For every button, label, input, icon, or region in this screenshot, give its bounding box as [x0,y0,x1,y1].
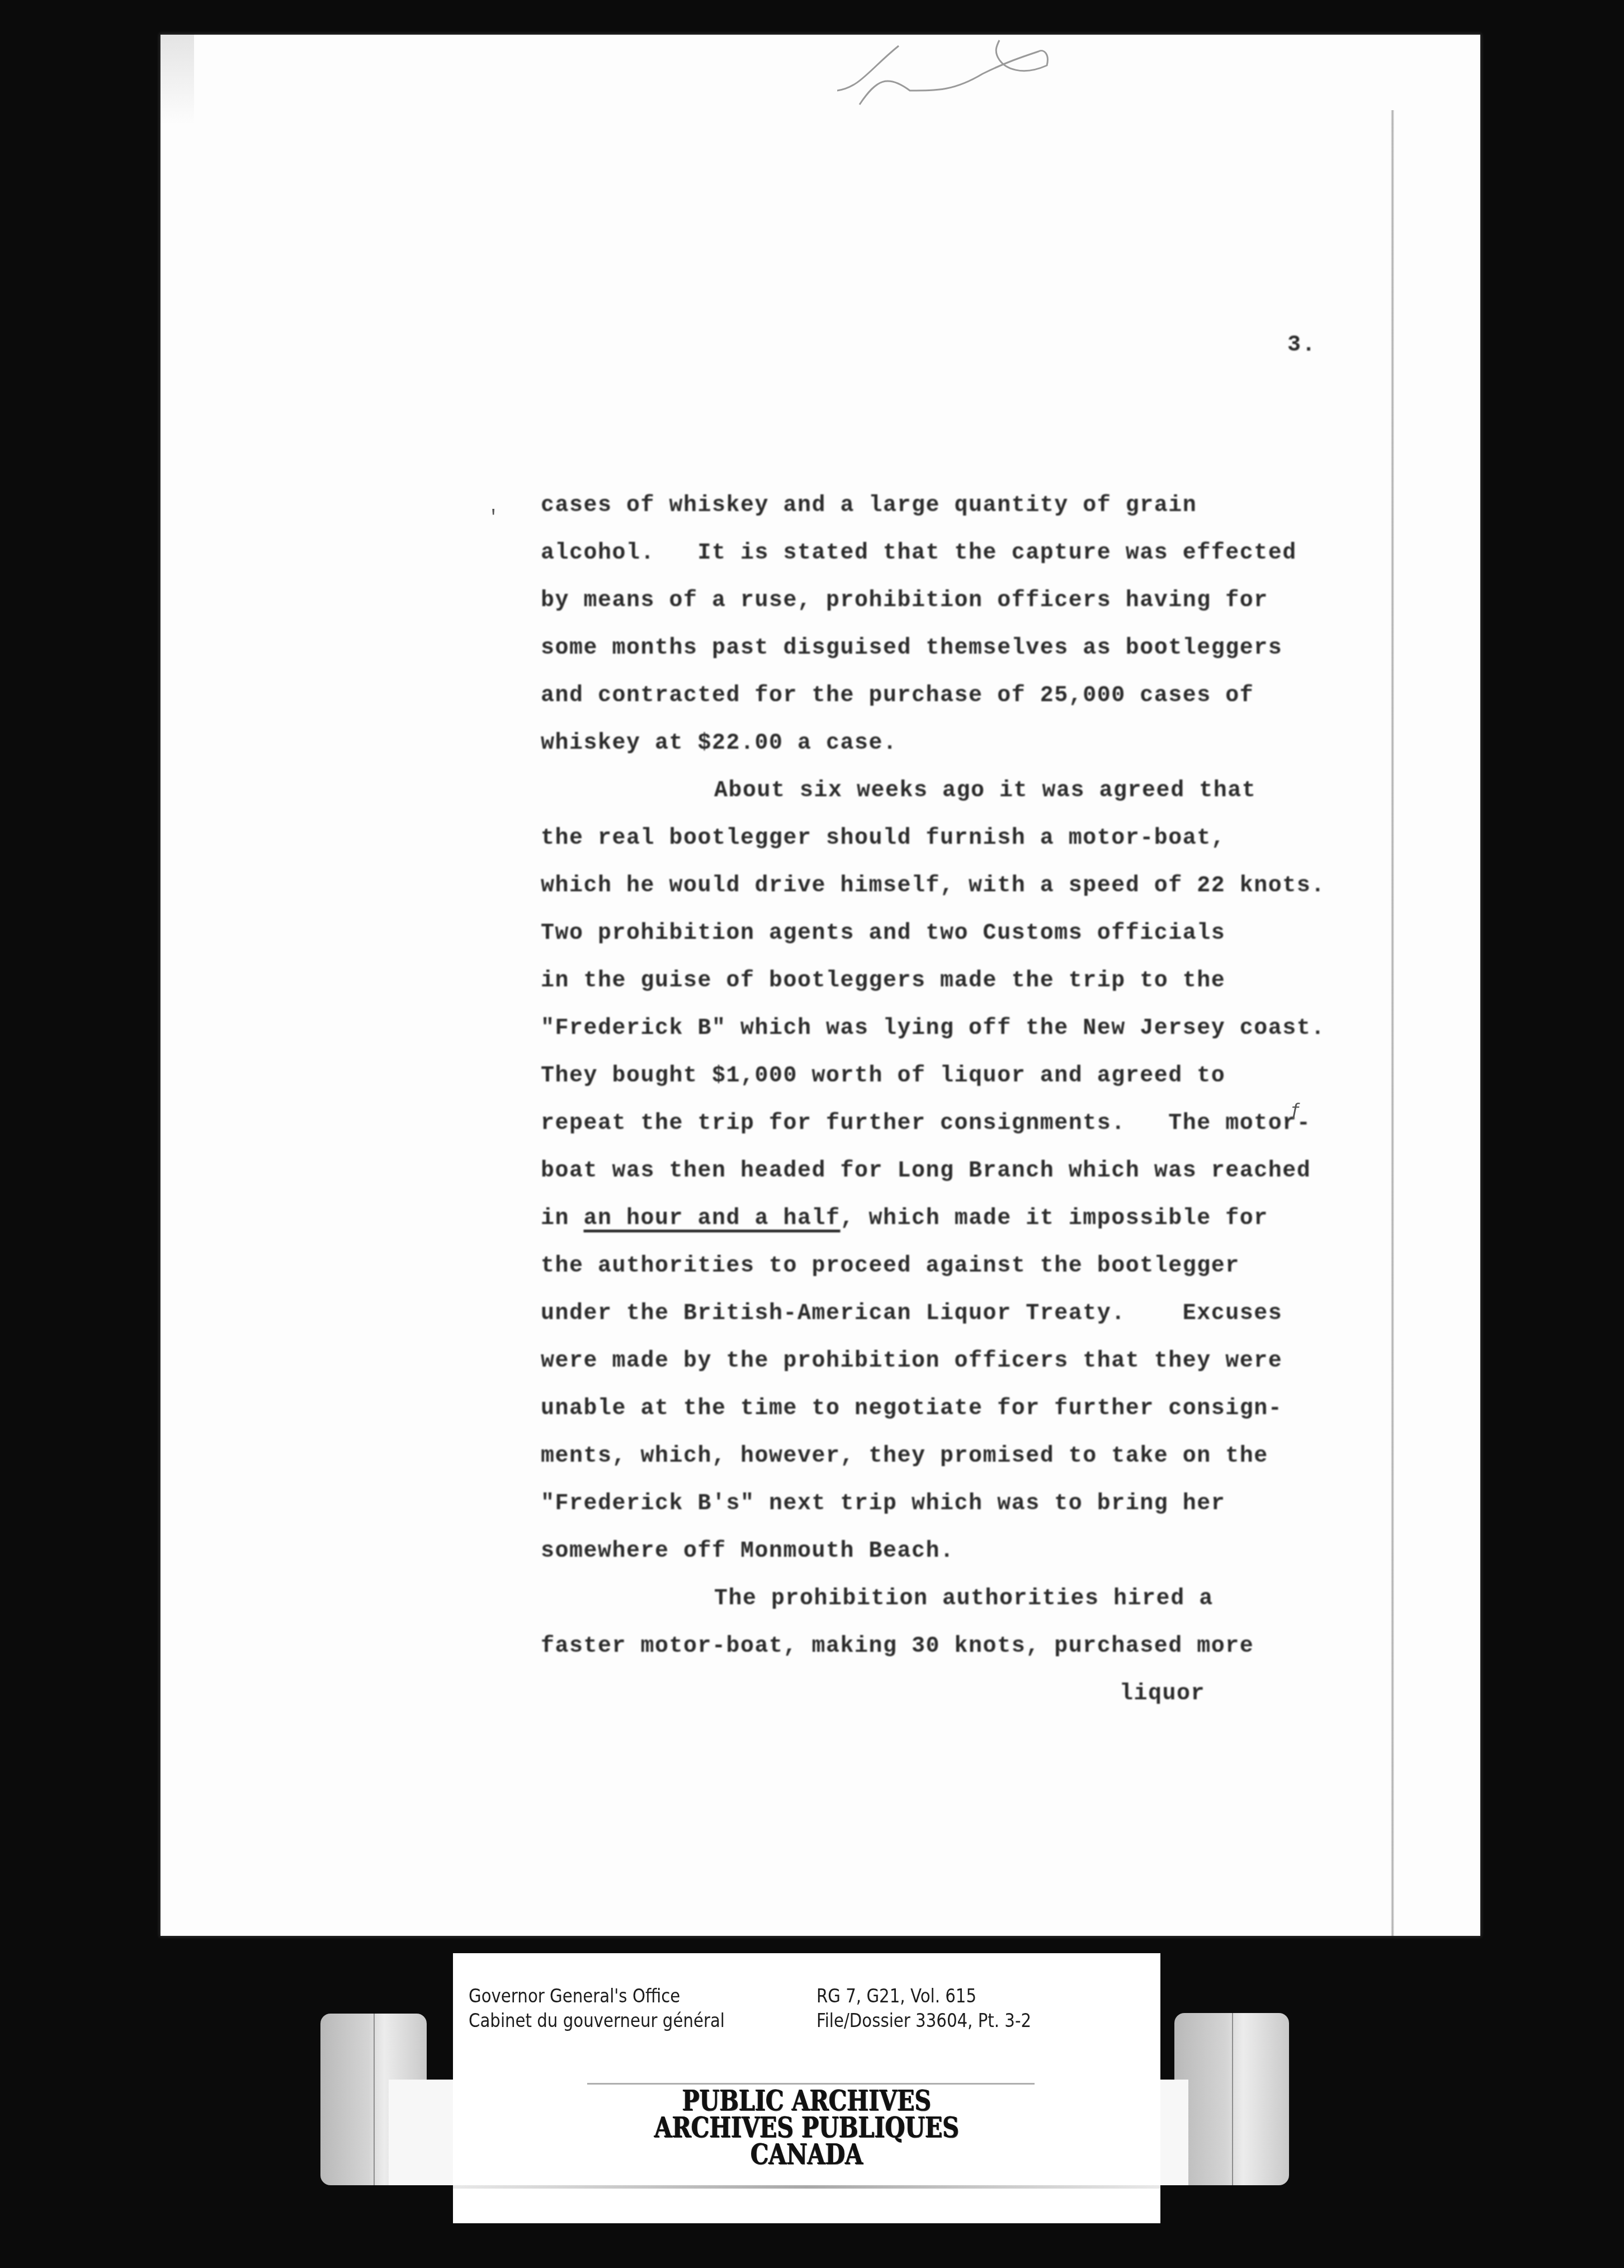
catchword: liquor [541,1670,1491,1718]
text-line: were made by the prohibition officers th… [541,1338,1491,1385]
label-reference: RG 7, G21, Vol. 615 File/Dossier 33604, … [816,1984,1031,2033]
text-line: "Frederick B" which was lying off the Ne… [541,1005,1491,1052]
page-number: 3. [1287,333,1316,358]
text-line: unable at the time to negotiate for furt… [541,1385,1491,1433]
stamp-line-fr: ARCHIVES PUBLIQUES [517,2114,1097,2141]
label-file-dossier: File/Dossier 33604, Pt. 3-2 [816,2009,1031,2033]
text-fragment: which made it impossible for [869,1206,1268,1231]
public-archives-stamp: PUBLIC ARCHIVES ARCHIVES PUBLIQUES CANAD… [517,2087,1097,2168]
text-line: About six weeks ago it was agreed that [541,767,1491,815]
underlined-phrase: an hour and a half [584,1206,841,1231]
text-line: boat was then headed for Long Branch whi… [541,1147,1491,1195]
stamp-line-country: CANADA [517,2141,1097,2168]
label-office: Governor General's Office Cabinet du gou… [469,1984,725,2033]
text-line: Two prohibition agents and two Customs o… [541,910,1491,957]
text-line-with-underline: in an hour and a half, which made it imp… [541,1195,1491,1242]
text-line: The prohibition authorities hired a [541,1575,1491,1623]
stamp-line-en: PUBLIC ARCHIVES [517,2087,1097,2114]
archives-label-card: Governor General's Office Cabinet du gou… [453,1953,1160,2223]
text-line: repeat the trip for further consignments… [541,1100,1491,1147]
text-line: whiskey at $22.00 a case. [541,720,1491,767]
label-record-group: RG 7, G21, Vol. 615 [816,1984,1031,2009]
text-fragment: in [541,1206,584,1231]
text-line: in the guise of bootleggers made the tri… [541,957,1491,1005]
text-line: somewhere off Monmouth Beach. [541,1528,1491,1575]
document-page: 3. cases of whiskey and a large quantity… [160,35,1480,1936]
text-line: under the British-American Liquor Treaty… [541,1290,1491,1338]
margin-tick-mark: ' [488,507,499,528]
label-office-fr: Cabinet du gouverneur général [469,2009,725,2033]
label-office-en: Governor General's Office [469,1984,725,2009]
text-line: the real bootlegger should furnish a mot… [541,815,1491,862]
typed-body-text: cases of whiskey and a large quantity of… [541,482,1491,1718]
text-fragment: , [841,1206,869,1231]
divider-line [453,2185,1160,2189]
text-line: ments, which, however, they promised to … [541,1433,1491,1480]
margin-pencil-mark: ƒ [1290,1100,1301,1121]
text-line: faster motor-boat, making 30 knots, purc… [541,1623,1491,1670]
text-line: the authorities to proceed against the b… [541,1242,1491,1290]
text-line: cases of whiskey and a large quantity of… [541,482,1491,530]
text-line: some months past disguised themselves as… [541,625,1491,672]
stray-thread-mark [837,35,1061,113]
text-line: and contracted for the purchase of 25,00… [541,672,1491,720]
text-line: They bought $1,000 worth of liquor and a… [541,1052,1491,1100]
text-line: "Frederick B's" next trip which was to b… [541,1480,1491,1528]
text-line: which he would drive himself, with a spe… [541,862,1491,910]
text-line: by means of a ruse, prohibition officers… [541,577,1491,625]
film-tab-right [1174,2013,1289,2185]
text-line: alcohol. It is stated that the capture w… [541,530,1491,577]
